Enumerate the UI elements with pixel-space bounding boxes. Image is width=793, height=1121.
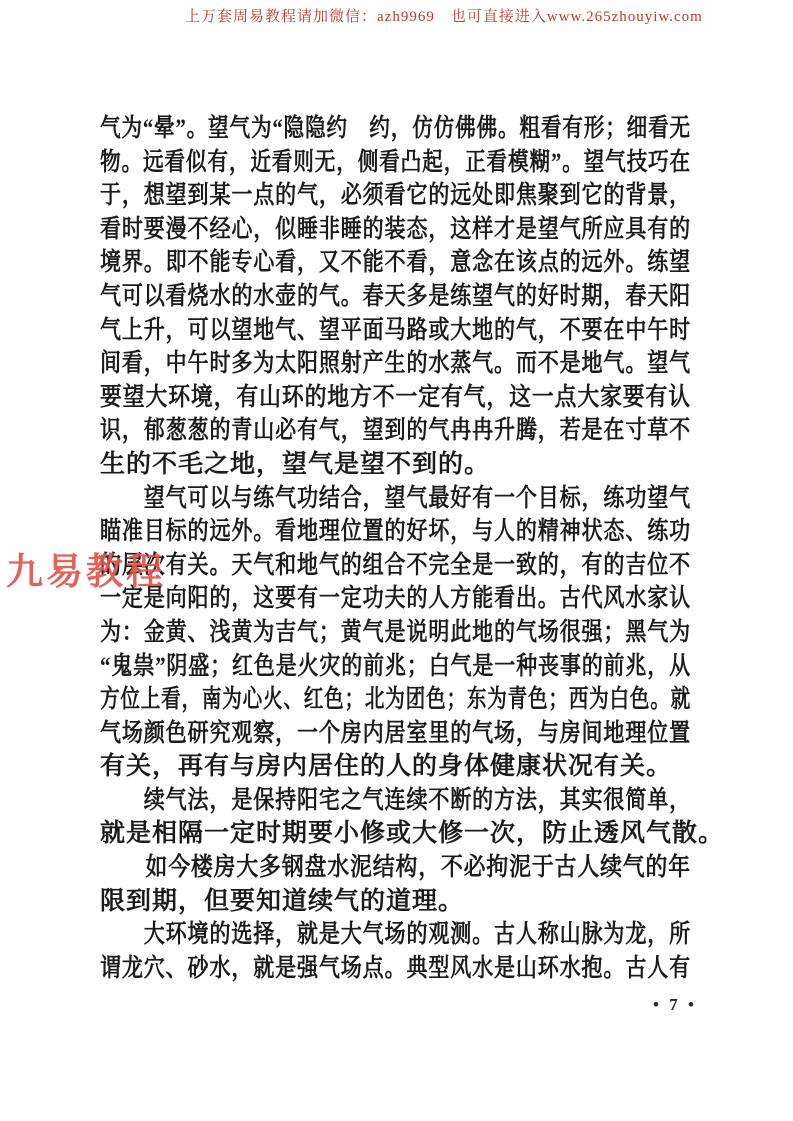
body-text-line: 就是相隔一定时期要小修或大修一次，防止透风气散。 xyxy=(100,817,691,851)
body-text-line: 境界。即不能专心看，又不能不看，意念在该点的远外。练望 xyxy=(100,246,691,280)
body-text-line: 方位上看，南为心火、红色；北为团色；东为青色；西为白色。就 xyxy=(100,683,691,717)
body-text-line: 气上升，可以望地气、望平面马路或大地的气，不要在中午时 xyxy=(100,314,691,348)
body-text-line: 如今楼房大多钢盘水泥结构，不必拘泥于古人续气的年 xyxy=(100,851,691,885)
body-text-line: 气可以看烧水的水壶的气。春天多是练望气的好时期，春天阳 xyxy=(100,280,691,314)
body-text-line: 要望大环境，有山环的地方不一定有气，这一点大家要有认 xyxy=(100,381,691,415)
body-text-column: 气为“晕”。望气为“隐隐约 约，仿仿佛佛。粗看有形；细看无 物。远看似有，近看则… xyxy=(100,112,691,985)
body-text-line: 识，郁葱葱的青山必有气，望到的气冉冉升腾，若是在寸草不 xyxy=(100,414,691,448)
body-text-line: 望气可以与练气功结合，望气最好有一个目标，练功望气 xyxy=(100,482,691,516)
body-text-line: 谓龙穴、砂水，就是强气场点。典型风水是山环水抱。古人有 xyxy=(100,952,691,986)
body-text-line: 限到期，但要知道续气的道理。 xyxy=(100,885,691,919)
body-text-line: 气为“晕”。望气为“隐隐约 约，仿仿佛佛。粗看有形；细看无 xyxy=(100,112,691,146)
body-text-line: 物。远看似有，近看则无，侧看凸起，正看模糊”。望气技巧在 xyxy=(100,146,691,180)
scanned-page: 上万套周易教程请加微信：azh9969 也可直接进入www.265zhouyiw… xyxy=(0,0,793,1121)
body-text-line: 一定是向阳的，这要有一定功夫的人方能看出。古代风水家认 xyxy=(100,582,691,616)
page-number: • 7 • xyxy=(653,995,697,1015)
body-text-line: 大环境的选择，就是大气场的观测。古人称山脉为龙，所 xyxy=(100,918,691,952)
body-text-line: 看时要漫不经心，似睡非睡的装态，这样才是望气所应具有的 xyxy=(100,213,691,247)
body-text-line: 生的不毛之地，望气是望不到的。 xyxy=(100,448,691,482)
body-text-line: 为：金黄、浅黄为吉气；黄气是说明此地的气场很强；黑气为 xyxy=(100,616,691,650)
promo-banner-text: 上万套周易教程请加微信：azh9969 也可直接进入www.265zhouyiw… xyxy=(185,8,703,26)
body-text-line: 气场颜色研究观察，一个房内居室里的气场，与房间地理位置 xyxy=(100,717,691,751)
body-text-line: 续气法，是保持阳宅之气连续不断的方法，其实很简单， xyxy=(100,784,691,818)
body-text-line: 间看，中午时多为太阳照射产生的水蒸气。而不是地气。望气 xyxy=(100,347,691,381)
body-text-line: 于，想望到某一点的气，必须看它的远处即焦聚到它的背景， xyxy=(100,179,691,213)
body-text-line: 的层次有关。天气和地气的组合不完全是一致的，有的吉位不 xyxy=(100,549,691,583)
body-text-line: 有关，再有与房内居住的人的身体健康状况有关。 xyxy=(100,750,691,784)
body-text-line: “鬼祟”阴盛；红色是火灾的前兆；白气是一种丧事的前兆，从 xyxy=(100,650,691,684)
body-text-line: 瞄准目标的远外。看地理位置的好坏，与人的精神状态、练功 xyxy=(100,515,691,549)
watermark: 九易教程 xyxy=(6,541,166,595)
